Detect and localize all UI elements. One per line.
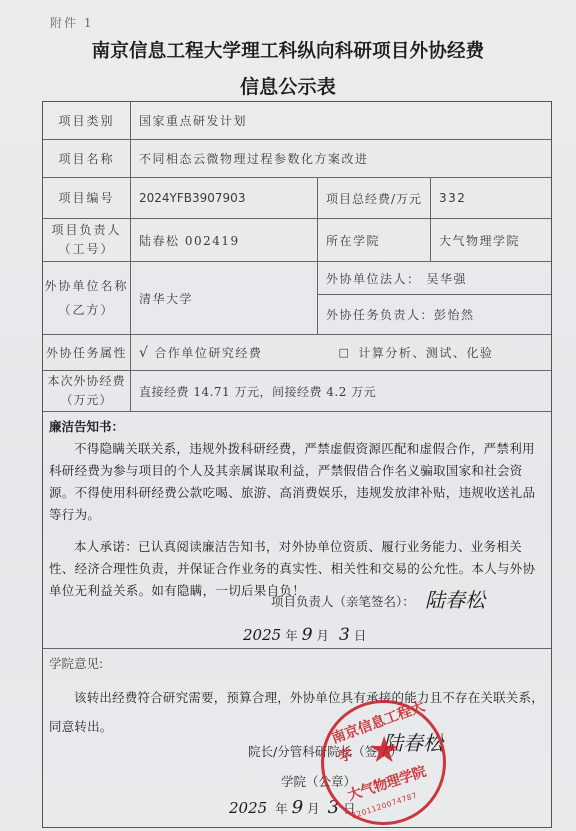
label-total-funding: 项目总经费/万元 bbox=[318, 178, 431, 219]
option-analysis-testing-label: 计算分析、测试、化验 bbox=[358, 344, 493, 361]
school-opinion-heading: 学院意见: bbox=[49, 653, 545, 675]
commitment-date: 2025 年 9 月 3 日 bbox=[243, 625, 366, 645]
value-school: 大气物理学院 bbox=[431, 219, 551, 262]
value-project-name: 不同相态云微物理过程参数化方案改进 bbox=[131, 140, 551, 178]
attachment-label: 附件 1 bbox=[50, 14, 93, 31]
label-project-category: 项目类别 bbox=[43, 102, 131, 140]
option-research-funding-label: 合作单位研究经费 bbox=[154, 344, 262, 361]
partner-legal-rep: 外协单位法人： 吴华强 bbox=[318, 262, 551, 295]
integrity-section: 廉洁告知书： 不得隐瞒关联关系，违规外拨科研经费，严禁虚假资源匹配和虚假合作，严… bbox=[43, 412, 551, 649]
label-partner-unit-line2: （乙方） bbox=[58, 298, 114, 322]
value-partner-task-leader: 彭怡然 bbox=[434, 306, 475, 323]
label-partner-unit-line1: 外协单位名称 bbox=[44, 274, 128, 298]
school-opinion-body: 该转出经费符合研究需要，预算合理，外协单位具有承接的能力且不存在关联关系，同意转… bbox=[49, 683, 545, 741]
commitment-date-year: 2025 bbox=[243, 626, 281, 644]
dean-signature-label: 院长/分管科研院长（签字） bbox=[248, 742, 402, 760]
value-project-category: 国家重点研发计划 bbox=[131, 102, 551, 140]
value-partner-legal-rep: 吴华强 bbox=[427, 270, 468, 287]
school-date-year: 2025 bbox=[229, 799, 267, 817]
value-total-funding: 332 bbox=[431, 178, 551, 219]
school-date-month-unit: 月 bbox=[307, 799, 320, 817]
label-school: 所在学院 bbox=[318, 219, 431, 262]
dean-signature: 陆春松 bbox=[383, 727, 443, 756]
label-project-leader-line1: 项目负责人 bbox=[51, 221, 121, 240]
commitment-date-month: 9 bbox=[302, 625, 313, 645]
document-page: 附件 1 南京信息工程大学理工科纵向科研项目外协经费 信息公示表 项目类别 国家… bbox=[0, 0, 576, 831]
document-title: 南京信息工程大学理工科纵向科研项目外协经费 bbox=[0, 37, 576, 63]
integrity-heading: 廉洁告知书： bbox=[49, 416, 545, 438]
label-partner-unit: 外协单位名称 （乙方） bbox=[43, 262, 131, 335]
commitment-date-day: 3 bbox=[339, 625, 350, 645]
school-date-day: 3 bbox=[328, 797, 339, 818]
checkbox-analysis-testing[interactable]: □ bbox=[338, 346, 350, 359]
integrity-body: 不得隐瞒关联关系，违规外拨科研经费，严禁虚假资源匹配和虚假合作，严禁利用科研经费… bbox=[49, 438, 545, 526]
value-current-funding: 直接经费 14.71 万元，间接经费 4.2 万元 bbox=[131, 371, 551, 412]
label-project-leader: 项目负责人 （工号） bbox=[43, 219, 131, 262]
task-type-options: √ 合作单位研究经费 □ 计算分析、测试、化验 bbox=[131, 335, 551, 371]
value-project-leader: 陆春松 002419 bbox=[131, 219, 318, 262]
school-opinion-section: 学院意见: 该转出经费符合研究需要，预算合理，外协单位具有承接的能力且不存在关联… bbox=[43, 649, 551, 827]
school-date-month: 9 bbox=[292, 797, 303, 818]
label-project-leader-line2: （工号） bbox=[58, 240, 114, 259]
leader-signature: 陆春松 bbox=[425, 584, 485, 613]
value-partner-unit: 清华大学 bbox=[131, 262, 318, 335]
partner-task-leader: 外协任务负责人： 彭怡然 bbox=[318, 295, 551, 335]
label-task-type: 外协任务属性 bbox=[43, 335, 131, 371]
label-current-funding-line2: （万元） bbox=[60, 391, 112, 410]
info-table: 项目类别 国家重点研发计划 项目名称 不同相态云微物理过程参数化方案改进 项目编… bbox=[42, 101, 552, 828]
document-subtitle: 信息公示表 bbox=[0, 72, 576, 99]
value-project-number: 2024YFB3907903 bbox=[131, 178, 318, 219]
label-project-number: 项目编号 bbox=[43, 178, 131, 219]
commitment-date-year-unit: 年 bbox=[285, 626, 298, 644]
label-current-funding: 本次外协经费 （万元） bbox=[43, 371, 131, 412]
commitment-date-day-unit: 日 bbox=[354, 626, 367, 644]
label-project-name: 项目名称 bbox=[43, 140, 131, 178]
label-partner-legal-rep: 外协单位法人： bbox=[326, 270, 421, 287]
checkbox-research-funding[interactable]: √ bbox=[139, 345, 149, 361]
school-seal-label: 学院（公章） bbox=[281, 772, 356, 790]
school-opinion-date: 2025 年 9 月 3 日 bbox=[229, 797, 356, 818]
label-current-funding-line1: 本次外协经费 bbox=[47, 372, 125, 391]
commitment-date-month-unit: 月 bbox=[317, 626, 330, 644]
school-date-day-unit: 日 bbox=[343, 799, 356, 817]
leader-signature-label: 项目负责人（亲笔签名）： bbox=[271, 592, 415, 610]
school-date-year-unit: 年 bbox=[275, 799, 288, 817]
label-partner-task-leader: 外协任务负责人： bbox=[326, 306, 434, 323]
